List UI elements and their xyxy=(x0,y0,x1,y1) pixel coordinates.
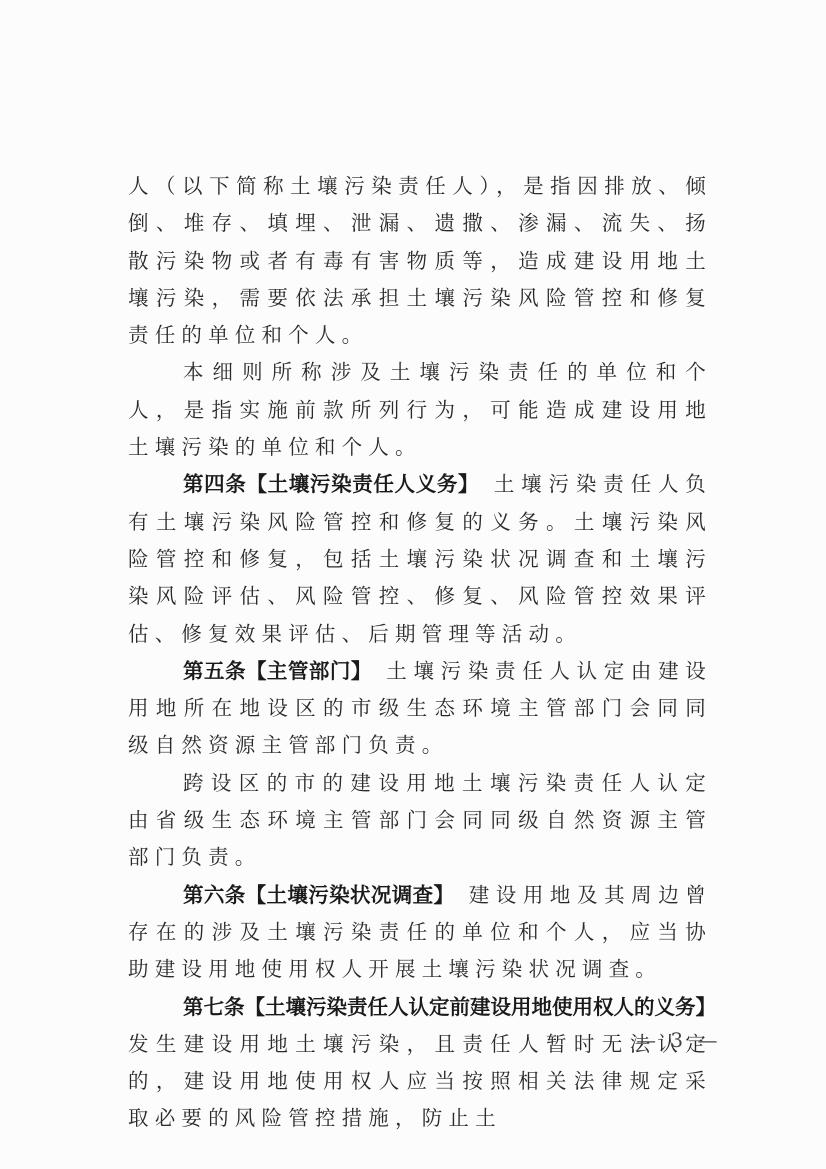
article-heading: 第七条【土壤污染责任人认定前建设用地使用权人的义务】 xyxy=(183,995,716,1019)
page-number: — 3 — xyxy=(636,1028,721,1052)
paragraph-continuation: 人（以下简称土壤污染责任人），是指因排放、倾倒、堆存、填埋、泄漏、遗撒、渗漏、流… xyxy=(128,168,712,354)
paragraph-definition: 本细则所称涉及土壤污染责任的单位和个人，是指实施前款所列行为，可能造成建设用地土… xyxy=(128,354,712,466)
article-6: 第六条【土壤污染状况调查】建设用地及其周边曾存在的涉及土壤污染责任的单位和个人，… xyxy=(128,877,712,989)
paragraph-cross-district: 跨设区的市的建设用地土壤污染责任人认定由省级生态环境主管部门会同同级自然资源主管… xyxy=(128,765,712,877)
article-heading: 第五条【主管部门】 xyxy=(183,659,372,683)
article-5: 第五条【主管部门】土壤污染责任人认定由建设用地所在地设区的市级生态环境主管部门会… xyxy=(128,653,712,765)
paragraph-text: 跨设区的市的建设用地土壤污染责任人认定由省级生态环境主管部门会同同级自然资源主管… xyxy=(128,771,712,870)
paragraph-text: 人（以下简称土壤污染责任人），是指因排放、倾倒、堆存、填埋、泄漏、遗撒、渗漏、流… xyxy=(128,174,712,347)
article-7: 第七条【土壤污染责任人认定前建设用地使用权人的义务】发生建设用地土壤污染，且责任… xyxy=(128,989,712,1138)
article-heading: 第四条【土壤污染责任人义务】 xyxy=(183,472,479,496)
document-page: 人（以下简称土壤污染责任人），是指因排放、倾倒、堆存、填埋、泄漏、遗撒、渗漏、流… xyxy=(0,0,826,1169)
paragraph-text: 本细则所称涉及土壤污染责任的单位和个人，是指实施前款所列行为，可能造成建设用地土… xyxy=(128,360,712,459)
article-heading: 第六条【土壤污染状况调查】 xyxy=(183,883,454,907)
article-4: 第四条【土壤污染责任人义务】土壤污染责任人负有土壤污染风险管控和修复的义务。土壤… xyxy=(128,466,712,652)
article-text: 土壤污染责任人负有土壤污染风险管控和修复的义务。土壤污染风险管控和修复，包括土壤… xyxy=(128,472,712,645)
article-text: 发生建设用地土壤污染，且责任人暂时无法认定的，建设用地使用权人应当按照相关法律规… xyxy=(128,1032,712,1131)
document-body: 人（以下简称土壤污染责任人），是指因排放、倾倒、堆存、填埋、泄漏、遗撒、渗漏、流… xyxy=(128,168,712,1138)
